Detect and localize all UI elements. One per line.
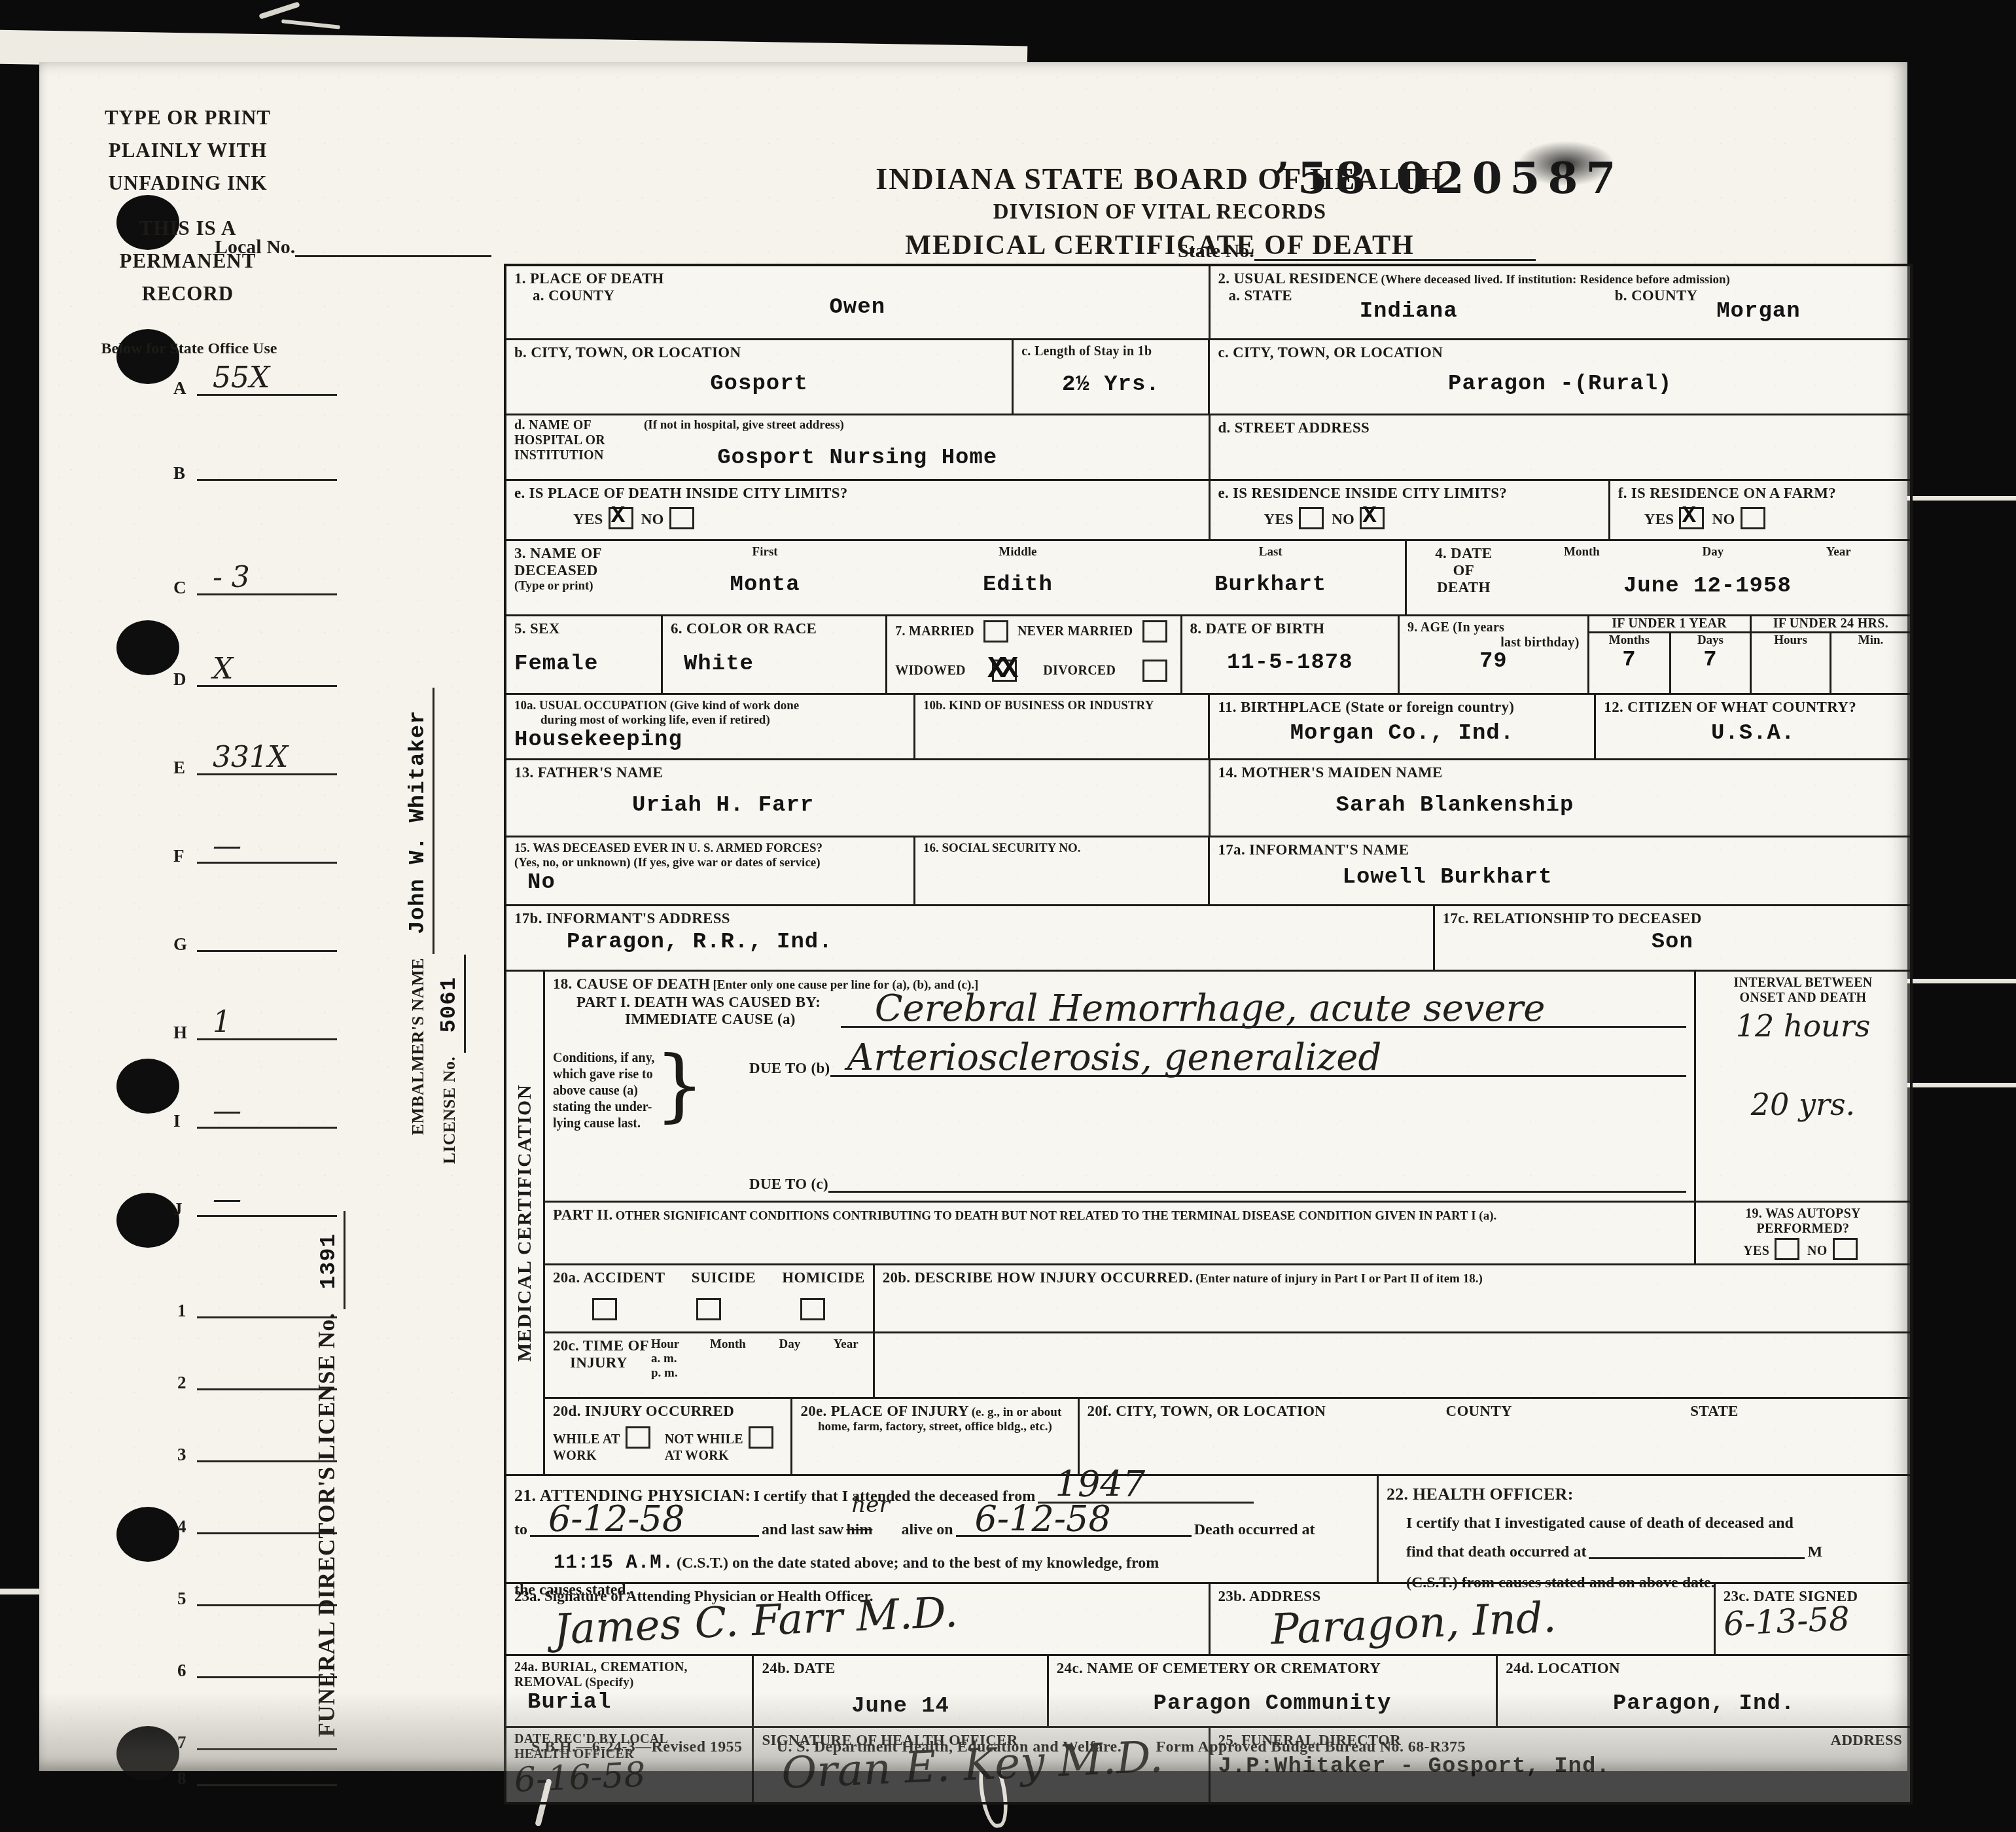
field-usual-occupation: 10a. USUAL OCCUPATION (Give kind of work… [506, 695, 913, 758]
column-header: Month [1564, 545, 1600, 559]
field-value: 11-5-1878 [1190, 650, 1390, 675]
field-label: d. NAME OF [514, 418, 605, 433]
condition-line: lying cause last. [553, 1116, 655, 1132]
field-describe-injury: 20b. DESCRIBE HOW INJURY OCCURRED. (Ente… [873, 1265, 1910, 1331]
budget-approval: Form Approved Budget Bureau No. 68-R375 [1156, 1738, 1465, 1755]
ledger-value: X [213, 652, 233, 686]
field-note: (If not in hospital, give street address… [644, 418, 844, 432]
field-note: (Yes, no, or unknown) [514, 856, 631, 870]
field-note: (If yes, give war or dates of service) [633, 856, 820, 870]
field-informant-address: 17b. INFORMANT'S ADDRESS Paragon, R.R., … [506, 906, 1433, 970]
field-residence-inside-city-limits: e. IS RESIDENCE INSIDE CITY LIMITS? YES … [1209, 481, 1608, 539]
form-number: S.B.H.—6-24-3—Revised 1955 [531, 1738, 742, 1755]
field-note: (Enter nature of injury in Part I or Par… [1195, 1272, 1483, 1286]
ledger-row: C- 3 [173, 569, 337, 595]
suicide-checkbox [696, 1298, 721, 1320]
hole-punch [116, 1193, 179, 1248]
checkbox-mark: X [611, 502, 626, 529]
field-label: INTERVAL BETWEEN [1704, 976, 1902, 991]
ledger-label: H [173, 1023, 187, 1043]
field-death-city: b. CITY, TOWN, OR LOCATION Gosport [506, 340, 1012, 414]
field-burial-date: 24b. DATE June 14 [752, 1656, 1046, 1726]
ledger-value: 1 [213, 1006, 231, 1039]
field-label: 1. PLACE OF DEATH [514, 270, 1201, 287]
field-interval-onset-death: INTERVAL BETWEEN ONSET AND DEATH 12 hour… [1694, 972, 1910, 1201]
row-injury-place: 20d. INJURY OCCURRED WHILE AT WORK NOT W… [545, 1397, 1910, 1474]
row-cause-of-death: 18. CAUSE OF DEATH [Enter only one cause… [545, 972, 1910, 1201]
column-header: Middle [891, 545, 1144, 559]
state-no-label: State No. [1178, 240, 1254, 262]
row-signature: 23a. Signature of Attending Physician or… [506, 1582, 1910, 1654]
field-time-of-injury: 20c. TIME OF INJURY Hour a. m. p. m. Mon… [545, 1333, 873, 1397]
row-city-limits: e. IS PLACE OF DEATH INSIDE CITY LIMITS?… [506, 479, 1910, 539]
row-parents: 13. FATHER'S NAME Uriah H. Farr 14. MOTH… [506, 758, 1910, 836]
ledger-label: J [173, 1199, 183, 1220]
field-label: REMOVAL [514, 1675, 582, 1689]
field-label: 24a. BURIAL, CREMATION, [514, 1660, 744, 1675]
field-accident-suicide-homicide: 20a. ACCIDENT SUICIDE HOMICIDE [545, 1265, 873, 1331]
divorced-label: DIVORCED [1043, 663, 1116, 678]
ledger-row: DX [173, 661, 337, 687]
ledger-value: — [213, 1182, 241, 1216]
field-label: OF [1415, 562, 1513, 579]
row-place-residence: 1. PLACE OF DEATH a. COUNTY Owen 2. USUA… [506, 266, 1910, 338]
field-value: Morgan Co., Ind. [1218, 721, 1586, 746]
field-place-of-injury: 20e. PLACE OF INJURY (e. g., in or about… [790, 1399, 1077, 1474]
ledger-row: 8 [173, 1760, 337, 1786]
field-physician-signature: 23a. Signature of Attending Physician or… [506, 1584, 1209, 1654]
field-label: f. IS RESIDENCE ON A FARM? [1618, 485, 1902, 502]
field-burial-type: 24a. BURIAL, CREMATION, REMOVAL (Specify… [506, 1656, 752, 1726]
field-residence-state: a. STATE Indiana [1211, 287, 1607, 324]
scan-artifact [258, 1, 300, 19]
field-value: 7 [1703, 648, 1717, 673]
field-residence-city: c. CITY, TOWN, OR LOCATION Paragon -(Rur… [1208, 340, 1910, 414]
hole-punch [116, 1507, 179, 1562]
embalmer-name: EMBALMER'S NAMEJohn W. Whitaker [406, 688, 434, 1135]
ledger-line [197, 1748, 337, 1750]
column-header: First [639, 545, 891, 559]
row-hospital: d. NAME OF HOSPITAL OR INSTITUTION (If n… [506, 414, 1910, 479]
row-time-of-injury: 20c. TIME OF INJURY Hour a. m. p. m. Mon… [545, 1331, 1910, 1397]
field-label: 19. WAS AUTOPSY [1704, 1207, 1902, 1222]
due-to-b-label: DUE TO (b) [749, 1060, 830, 1077]
field-social-security-no: 16. SOCIAL SECURITY NO. [913, 837, 1208, 904]
field-date-signed: 23c. DATE SIGNED 6-13-58 [1714, 1584, 1910, 1654]
cause-a-line: Cerebral Hemorrhage, acute severe [841, 1000, 1686, 1028]
divorced-checkbox [1142, 660, 1167, 682]
yes-checkbox: X [1679, 507, 1704, 529]
pm-label: p. m. [651, 1366, 710, 1381]
field-label: IMMEDIATE CAUSE (a) [625, 1011, 841, 1028]
field-note: home, farm, factory, street, office bldg… [800, 1420, 1069, 1434]
field-label: 20e. PLACE OF INJURY [800, 1403, 968, 1419]
no-checkbox: X [1360, 507, 1385, 529]
field-value: No [527, 870, 556, 895]
field-value: Edith [983, 572, 1053, 597]
from-value: 1947 [1055, 1469, 1145, 1500]
address-label: ADDRESS [1831, 1732, 1902, 1749]
to-line: 6-12-58 [530, 1515, 759, 1537]
cause-b-line: Arteriosclerosis, generalized [830, 1050, 1686, 1077]
homicide-label: HOMICIDE [782, 1269, 864, 1286]
row-armed-forces: 15. WAS DECEASED EVER IN U. S. ARMED FOR… [506, 836, 1910, 904]
field-injury-occurred: 20d. INJURY OCCURRED WHILE AT WORK NOT W… [545, 1399, 790, 1474]
am-label: a. m. [651, 1352, 710, 1366]
scan-artifact [0, 1589, 41, 1594]
page-subtitle: DIVISION OF VITAL RECORDS [458, 200, 1862, 224]
field-note: (Type or print) [514, 579, 639, 593]
no-label: NO [641, 511, 664, 527]
on-value: 6-12-58 [975, 1504, 1111, 1535]
field-label: 10a. USUAL OCCUPATION (Give kind of work… [514, 699, 906, 713]
field-value: Son [1443, 930, 1902, 955]
no-checkbox [1741, 507, 1765, 529]
not-while-checkbox [749, 1426, 773, 1449]
field-attending-physician: 21. ATTENDING PHYSICIAN: I certify that … [506, 1476, 1377, 1582]
yes-label: YES [1743, 1244, 1769, 1258]
field-label: 2. USUAL RESIDENCE [1218, 270, 1379, 287]
ledger-label: 2 [177, 1373, 186, 1393]
hole-punch [116, 1726, 179, 1781]
embalmer-license-label: LICENSE No. [440, 1057, 459, 1164]
funeral-director-value: J.P:Whitaker - Gosport, Ind. [1218, 1754, 1610, 1779]
row-accident: 20a. ACCIDENT SUICIDE HOMICIDE 20b. DESC… [545, 1263, 1910, 1331]
department-name: U. S. Department Health, Education and W… [777, 1738, 1122, 1755]
hole-punch [116, 1059, 179, 1114]
him-struck: him [846, 1521, 872, 1538]
local-no-blank [295, 237, 491, 257]
no-label: NO [1712, 511, 1735, 527]
checkbox-mark: XX [987, 652, 1013, 686]
ledger-label: 7 [177, 1733, 186, 1753]
field-label: 18. CAUSE OF DEATH [553, 976, 711, 992]
ledger-label: E [173, 758, 185, 778]
instruction-line: TYPE OR PRINT [93, 101, 283, 134]
funeral-director-license-value: 1391 [317, 1233, 342, 1290]
ledger-line [197, 950, 337, 952]
column-header: Hours [1752, 633, 1830, 648]
row-deceased-name: 3. NAME OF DECEASED (Type or print) Firs… [506, 539, 1910, 614]
field-business-industry: 10b. KIND OF BUSINESS OR INDUSTRY [913, 695, 1208, 758]
field-color-or-race: 6. COLOR OR RACE White [661, 616, 885, 693]
field-label: 15. WAS DECEASED EVER IN U. S. ARMED FOR… [514, 841, 906, 856]
yes-label: YES [1264, 511, 1294, 527]
field-label: 9. AGE (In years [1407, 620, 1580, 635]
field-label: 20c. TIME OF [553, 1337, 651, 1354]
field-label: c. Length of Stay in 1b [1021, 344, 1200, 359]
field-label: DEATH [1415, 579, 1513, 596]
name-first: First Monta [639, 545, 891, 610]
to-value: 6-12-58 [548, 1504, 684, 1535]
yes-label: YES [573, 511, 603, 527]
certificate-sheet: TYPE OR PRINT PLAINLY WITH UNFADING INK … [39, 62, 1907, 1771]
field-value: Uriah H. Farr [632, 793, 1201, 818]
field-place-of-death-county: 1. PLACE OF DEATH a. COUNTY Owen [506, 266, 1209, 338]
field-value: Female [514, 652, 598, 677]
certificate-form: 1. PLACE OF DEATH a. COUNTY Owen 2. USUA… [504, 264, 1913, 1805]
field-date-of-death: 4. DATE OF DEATH Month Day Year June 12-… [1405, 541, 1910, 614]
row-part2-autopsy: PART II. OTHER SIGNIFICANT CONDITIONS CO… [545, 1201, 1910, 1263]
field-value: Paragon Community [1057, 1691, 1488, 1716]
on-line: 6-12-58 [956, 1515, 1192, 1537]
field-label: 20a. [553, 1269, 580, 1286]
accident-label: ACCIDENT [583, 1269, 665, 1286]
instruction-line: UNFADING INK [93, 167, 283, 200]
field-label: 14. MOTHER'S MAIDEN NAME [1218, 764, 1903, 781]
meridiem-label: M [1807, 1543, 1822, 1560]
field-health-officer: 22. HEALTH OFFICER: I certify that I inv… [1377, 1476, 1910, 1582]
certify-text: and last saw [762, 1521, 843, 1538]
field-note: (Specify) [585, 1676, 633, 1689]
field-residence-on-farm: f. IS RESIDENCE ON A FARM? YESX NO [1608, 481, 1910, 539]
due-to-c-label: DUE TO (c) [749, 1176, 828, 1193]
ledger-row: B [173, 455, 337, 481]
ledger-label: B [173, 463, 185, 484]
ledger-label: 1 [177, 1301, 186, 1321]
field-value: Burkhart [1214, 572, 1326, 597]
medical-certification-label: MEDICAL CERTIFICATION [514, 1084, 536, 1362]
field-age: 9. AGE (In years last birthday) 79 [1398, 616, 1587, 693]
row-city: b. CITY, TOWN, OR LOCATION Gosport c. Le… [506, 338, 1910, 414]
row-funeral-director: DATE REC'D BY LOCAL HEALTH OFFICER 6-16-… [506, 1726, 1910, 1802]
state-office-note: Below for State Office Use [94, 340, 284, 358]
header: INDIANA STATE BOARD OF HEALTH DIVISION O… [458, 162, 1862, 261]
ledger-label: 8 [177, 1769, 186, 1789]
row-demographics: 5. SEX Female 6. COLOR OR RACE White 7. … [506, 614, 1910, 693]
field-label: 20b. DESCRIBE HOW INJURY OCCURRED. [883, 1269, 1194, 1286]
column-header: Day [1702, 545, 1724, 559]
ledger-value: — [213, 829, 241, 862]
column-header: Month [710, 1337, 746, 1393]
document-title: MEDICAL CERTIFICATE OF DEATH [458, 230, 1862, 261]
no-label: NO [1332, 511, 1354, 527]
row-informant-address: 17b. INFORMANT'S ADDRESS Paragon, R.R., … [506, 904, 1910, 970]
field-value: Monta [730, 572, 800, 597]
certify-text: Death occurred at [1194, 1521, 1315, 1538]
file-number-stamp: ’58 020587 [1275, 152, 1623, 203]
no-label: NO [1807, 1244, 1828, 1258]
field-label: 11. BIRTHPLACE (State or foreign country… [1218, 699, 1586, 716]
yes-checkbox [1775, 1238, 1799, 1260]
ledger-value: 55X [213, 361, 270, 395]
scan-artifact [281, 19, 340, 29]
field-value: Paragon, Ind. [1506, 1691, 1902, 1716]
stamp-year: ’58 [1275, 152, 1373, 203]
ledger-line [197, 1784, 337, 1786]
field-label: last birthday) [1407, 635, 1580, 650]
field-date-of-birth: 8. DATE OF BIRTH 11-5-1878 [1180, 616, 1398, 693]
field-label: INJURY [570, 1354, 651, 1371]
state-label: STATE [1690, 1403, 1739, 1470]
field-label: HOSPITAL OR [514, 433, 605, 448]
field-label: 24c. NAME OF CEMETERY OR CREMATORY [1057, 1660, 1488, 1677]
cause-c-line [828, 1171, 1686, 1193]
field-value: Paragon, R.R., Ind. [567, 930, 833, 955]
column-header: Day [779, 1337, 800, 1393]
ledger-row: F— [173, 837, 337, 864]
field-label: 20d. INJURY OCCURRED [553, 1403, 783, 1420]
field-label: 5. SEX [514, 620, 653, 637]
married-checkbox [983, 620, 1008, 643]
column-header: Last [1144, 545, 1397, 559]
county-label: COUNTY [1446, 1403, 1691, 1470]
field-value: Lowell Burkhart [1342, 865, 1902, 890]
embalmer-name-value: John W. Whitaker [406, 710, 431, 934]
field-usual-residence: 2. USUAL RESIDENCE (Where deceased lived… [1209, 266, 1911, 338]
field-label: e. IS RESIDENCE INSIDE CITY LIMITS? [1218, 485, 1600, 502]
date-received-value: 6-16-58 [514, 1755, 646, 1801]
field-label: INSTITUTION [514, 448, 605, 463]
field-value: U.S.A. [1604, 721, 1902, 746]
field-label: 17c. RELATIONSHIP TO DECEASED [1443, 910, 1902, 927]
no-checkbox [1833, 1238, 1858, 1260]
field-note: (e. g., in or about [972, 1405, 1061, 1419]
row-burial: 24a. BURIAL, CREMATION, REMOVAL (Specify… [506, 1654, 1910, 1726]
column-header: Days [1671, 633, 1750, 648]
health-officer-time-line [1589, 1538, 1805, 1559]
ledger-label: A [173, 378, 186, 398]
condition-line: above cause (a) [553, 1083, 655, 1099]
cause-b-value: Arteriosclerosis, generalized [847, 1036, 1382, 1079]
margin-instructions: TYPE OR PRINT PLAINLY WITH UNFADING INK … [93, 101, 283, 310]
field-informant-name: 17a. INFORMANT'S NAME Lowell Burkhart [1208, 837, 1910, 904]
field-label: DECEASED [514, 562, 639, 579]
name-last: Last Burkhart [1144, 545, 1397, 610]
field-label: PART I. DEATH WAS CAUSED BY: [576, 994, 841, 1011]
field-cemetery-location: 24d. LOCATION Paragon, Ind. [1496, 1656, 1910, 1726]
field-death-inside-city-limits: e. IS PLACE OF DEATH INSIDE CITY LIMITS?… [506, 481, 1209, 539]
never-married-checkbox [1142, 620, 1167, 643]
field-value: 79 [1407, 649, 1580, 674]
ledger-row: G [173, 926, 337, 952]
column-header: Months [1589, 633, 1670, 648]
her-handwritten: her [851, 1489, 889, 1521]
field-residence-county: b. COUNTY Morgan [1607, 287, 1910, 324]
funeral-director-license-label: FUNERAL DIRECTOR'S LICENSE No. [313, 1313, 340, 1737]
checkbox-mark: X [1362, 502, 1377, 529]
funeral-director-license: FUNERAL DIRECTOR'S LICENSE No.1391 [313, 1211, 345, 1737]
medical-certification-block: MEDICAL CERTIFICATION 18. CAUSE OF DEATH… [506, 970, 1910, 1474]
conditions-note: Conditions, if any, which gave rise to a… [553, 1050, 749, 1197]
field-label: 6. COLOR OR RACE [671, 620, 877, 637]
ledger-row: E331X [173, 749, 337, 775]
field-label: 20f. CITY, TOWN, OR LOCATION [1088, 1403, 1446, 1470]
local-no: Local No. [215, 236, 491, 258]
embalmer-name-label: EMBALMER'S NAME [408, 958, 427, 1135]
field-label: 8. DATE OF BIRTH [1190, 620, 1390, 637]
ledger-label: 4 [177, 1517, 186, 1537]
condition-line: Conditions, if any, [553, 1050, 655, 1066]
field-relationship: 17c. RELATIONSHIP TO DECEASED Son [1433, 906, 1910, 970]
married-label: 7. MARRIED [895, 624, 974, 639]
field-hospital-name: d. NAME OF HOSPITAL OR INSTITUTION (If n… [506, 415, 1209, 479]
field-age-under-one: IF UNDER 1 YEAR IF UNDER 24 HRS. Months7… [1587, 616, 1910, 693]
while-at-work-label: WHILE AT [553, 1432, 620, 1447]
ledger-value: — [213, 1094, 241, 1127]
widowed-label: WIDOWED [895, 663, 966, 678]
no-checkbox [669, 507, 694, 529]
field-cause-of-death: 18. CAUSE OF DEATH [Enter only one cause… [545, 972, 1694, 1201]
certify-text: find that death occurred at [1406, 1543, 1587, 1560]
field-part2-conditions: PART II. OTHER SIGNIFICANT CONDITIONS CO… [545, 1203, 1694, 1263]
ink-smudge [1517, 141, 1615, 186]
ledger-label: C [173, 578, 186, 598]
form-footer: S.B.H.—6-24-3—Revised 1955 U. S. Departm… [531, 1738, 1496, 1756]
page-title: INDIANA STATE BOARD OF HEALTH [458, 162, 1862, 196]
field-marital-status: 7. MARRIED NEVER MARRIED WIDOWEDXX DIVOR… [885, 616, 1180, 693]
embalmer-license: LICENSE No.5061 [437, 955, 466, 1164]
field-label: 17b. INFORMANT'S ADDRESS [514, 910, 1425, 927]
embalmer-license-value: 5061 [437, 977, 462, 1033]
certify-text: (C.S.T.) on the date stated above; and t… [677, 1555, 1159, 1572]
empty-cell [873, 1333, 1910, 1397]
yes-label: YES [1644, 511, 1674, 527]
row-occupation: 10a. USUAL OCCUPATION (Give kind of work… [506, 693, 1910, 758]
column-header: IF UNDER 1 YEAR [1612, 616, 1727, 631]
ledger-label: 3 [177, 1445, 186, 1465]
while-at-work-checkbox [626, 1426, 650, 1449]
yes-checkbox: X [609, 507, 633, 529]
interval-b-value: 20 yrs. [1704, 1087, 1902, 1122]
column-header: Year [1826, 545, 1851, 559]
scan-artifact [1901, 1083, 2016, 1087]
field-label: during most of working life, even if ret… [540, 713, 906, 728]
date-signed-value: 6-13-58 [1723, 1600, 1850, 1643]
state-no: State No. [1178, 240, 1536, 262]
row-physician: 21. ATTENDING PHYSICIAN: I certify that … [506, 1474, 1910, 1582]
field-cemetery-name: 24c. NAME OF CEMETERY OR CREMATORY Parag… [1047, 1656, 1496, 1726]
field-label: PERFORMED? [1704, 1222, 1902, 1237]
yes-checkbox [1299, 507, 1324, 529]
field-value: Housekeeping [514, 728, 682, 752]
field-name-of-deceased: 3. NAME OF DECEASED (Type or print) Firs… [506, 541, 1405, 614]
ledger-value: - 3 [213, 561, 250, 594]
him-her-correction: her him [846, 1514, 898, 1547]
certify-text: alive on [901, 1521, 953, 1538]
ledger-label: D [173, 669, 186, 690]
condition-line: stating the under- [553, 1099, 655, 1116]
field-citizen-of: 12. CITIZEN OF WHAT COUNTRY? U.S.A. [1594, 695, 1910, 758]
column-header: Year [834, 1337, 858, 1393]
homicide-checkbox [800, 1298, 825, 1320]
column-header: IF UNDER 24 HRS. [1773, 616, 1888, 631]
ledger-label: G [173, 934, 187, 955]
field-label: 13. FATHER'S NAME [514, 764, 1201, 781]
to-label: to [514, 1521, 527, 1538]
field-label: 22. HEALTH OFFICER: [1387, 1480, 1902, 1509]
field-label: 16. SOCIAL SECURITY NO. [923, 841, 1200, 856]
ledger-label: 6 [177, 1661, 186, 1681]
field-value: Paragon -(Rural) [1218, 372, 1902, 396]
ledger-label: I [173, 1111, 181, 1131]
field-mothers-maiden-name: 14. MOTHER'S MAIDEN NAME Sarah Blankensh… [1209, 760, 1911, 836]
brace-glyph: } [655, 1050, 705, 1197]
field-label: e. IS PLACE OF DEATH INSIDE CITY LIMITS? [514, 485, 1201, 502]
ledger-line [197, 479, 337, 481]
instruction-line: RECORD [93, 277, 283, 310]
field-label: 10b. KIND OF BUSINESS OR INDUSTRY [923, 699, 1200, 713]
field-value: June 12-1958 [1513, 574, 1902, 599]
field-sex: 5. SEX Female [506, 616, 661, 693]
condition-line: which gave rise to [553, 1066, 655, 1083]
field-label: 17a. INFORMANT'S NAME [1218, 841, 1902, 858]
field-value: Gosport [514, 372, 1004, 396]
field-birthplace: 11. BIRTHPLACE (State or foreign country… [1208, 695, 1594, 758]
field-value: Owen [514, 295, 1201, 320]
field-value: 7 [1622, 648, 1636, 673]
not-while-label: NOT WHILE [665, 1432, 743, 1447]
